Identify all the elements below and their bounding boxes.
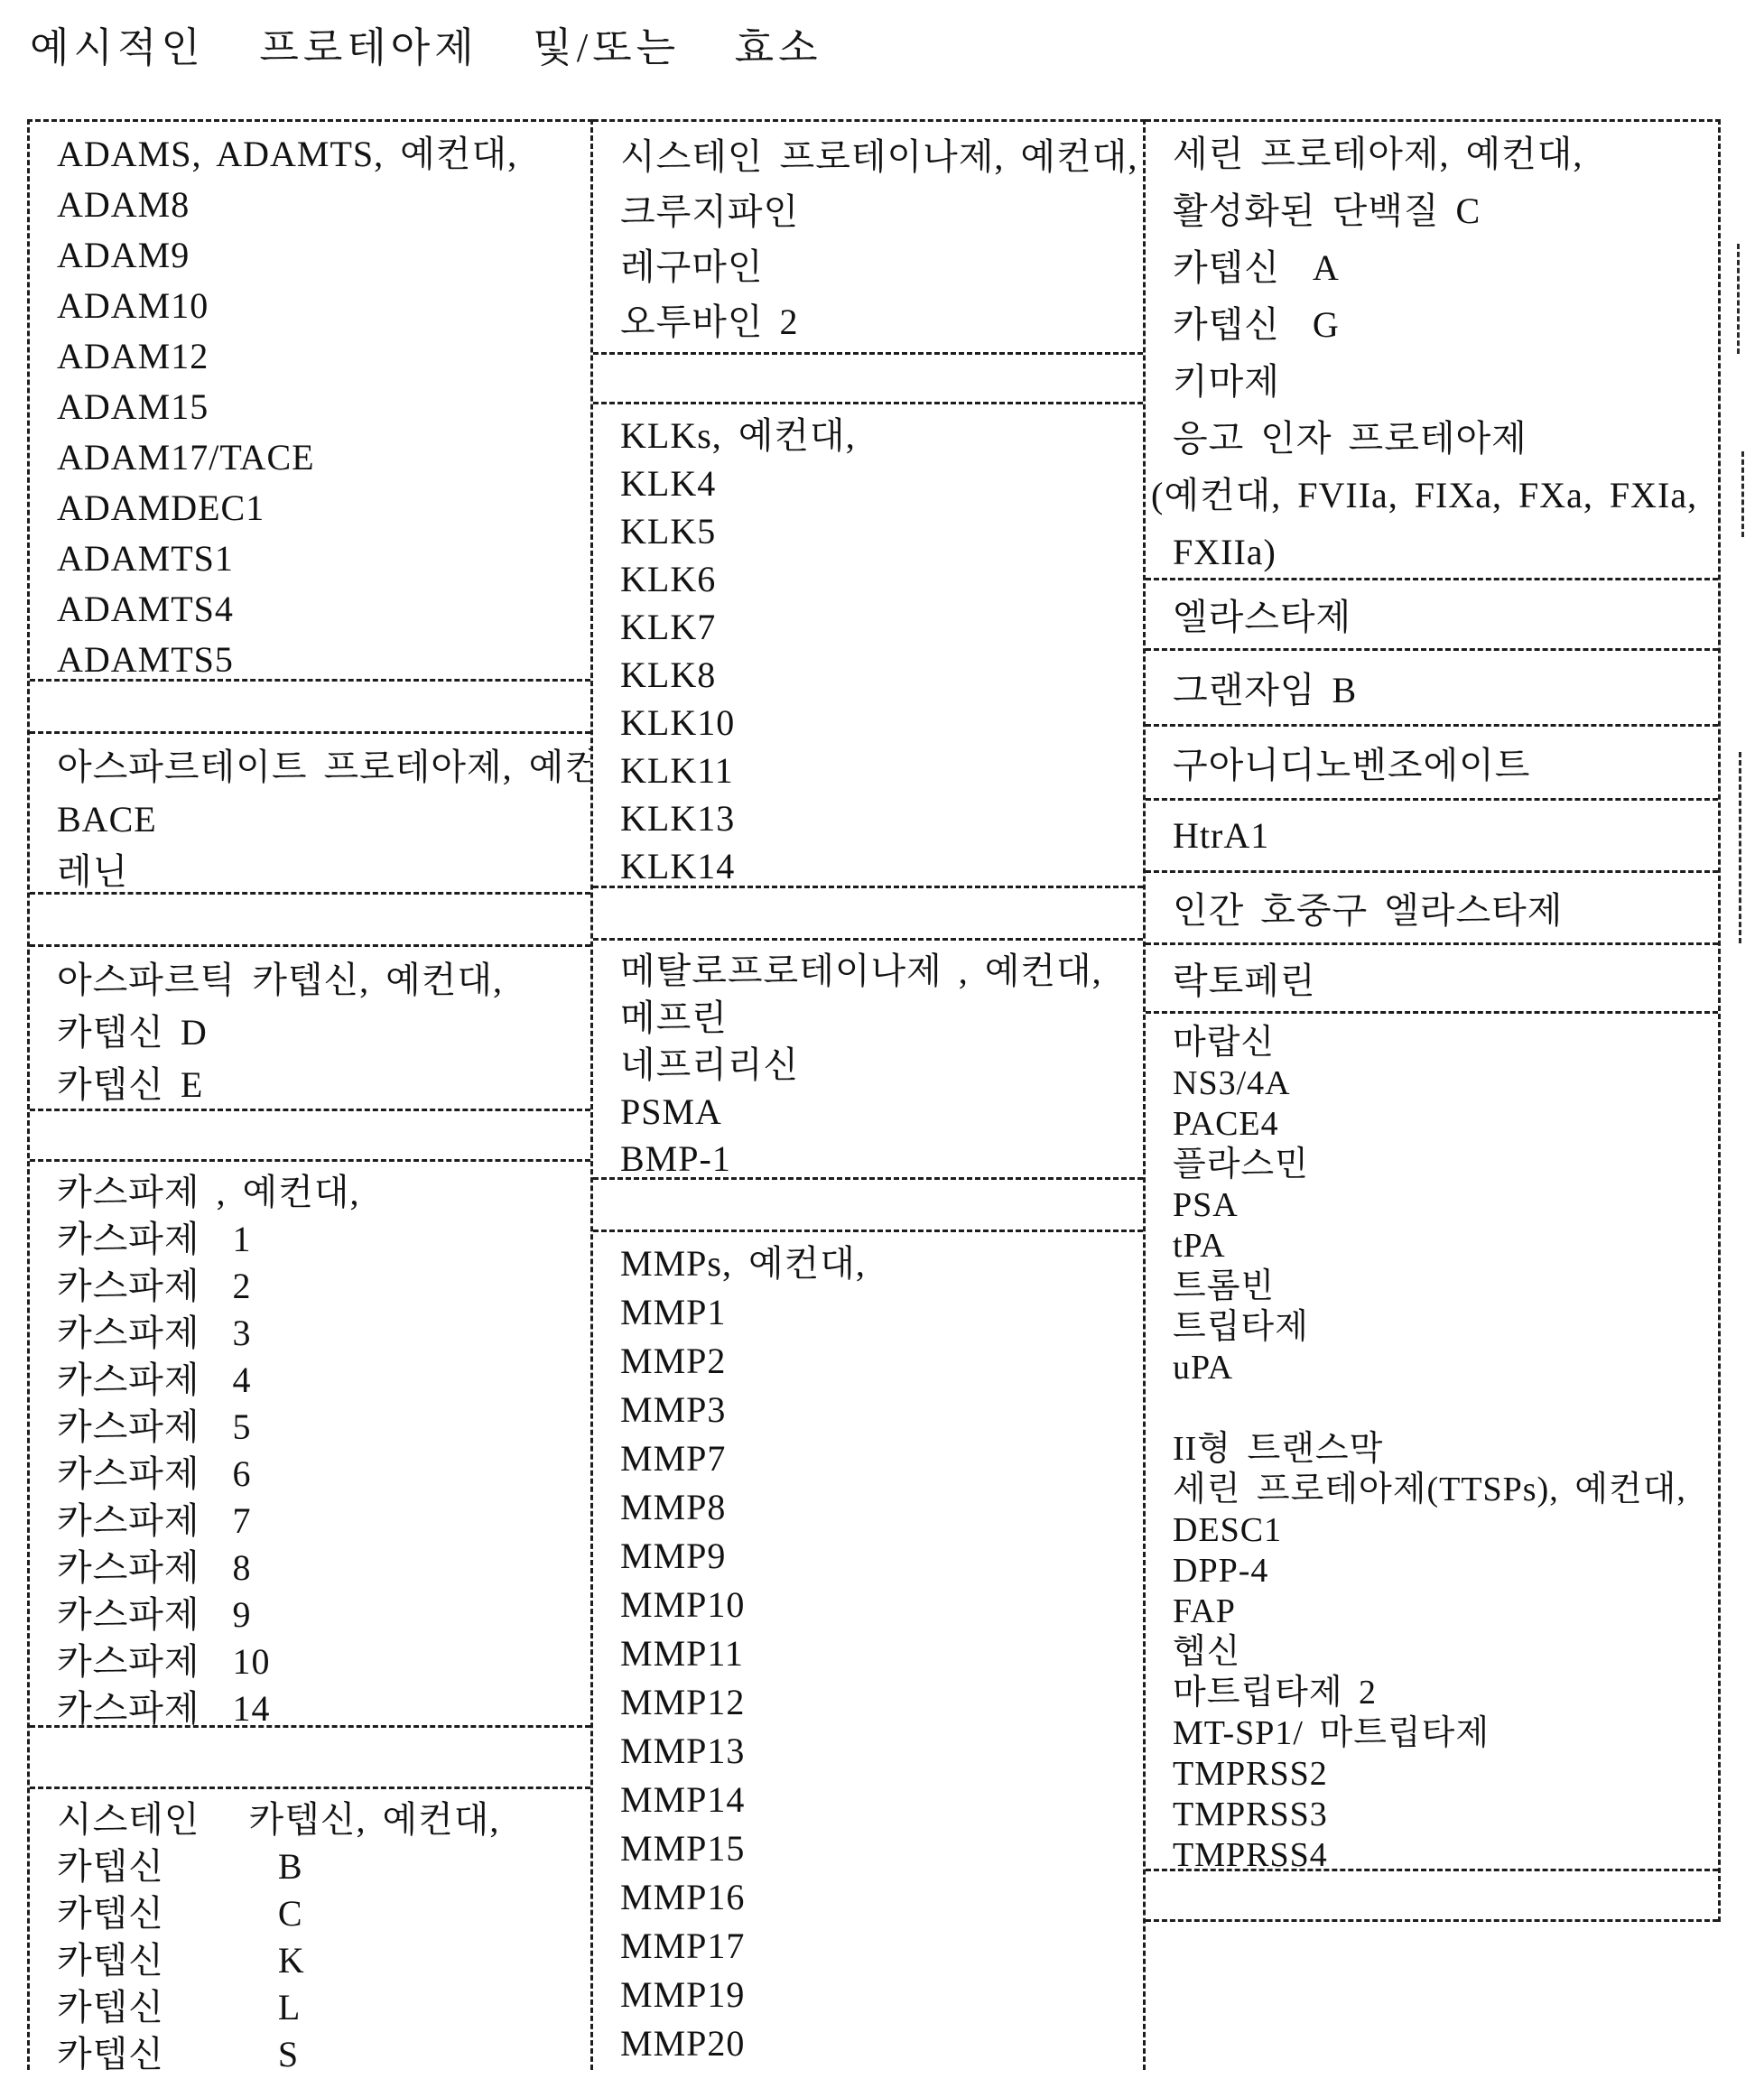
protease-entry: 메탈로프로테이나제 , 예컨대, — [620, 948, 1134, 995]
protease-entry: MT-SP1/ 마트립타제 — [1173, 1713, 1709, 1754]
protease-entry: 플라스민 — [1173, 1145, 1709, 1185]
protease-group-cell: 인간 호중구 엘라스타제 — [1146, 873, 1718, 945]
protease-entry: ADAMTS4 — [57, 584, 581, 635]
protease-entry: 카스파제 1 — [57, 1216, 581, 1263]
protease-entry: 아스파르틱 카텝신, 예컨대, — [57, 954, 581, 1007]
protease-entry: 키마제 — [1173, 353, 1709, 410]
protease-entry: KLK8 — [620, 651, 1134, 699]
protease-entry: 카텝신 B — [57, 1843, 581, 1890]
protease-group-cell: KLKs, 예컨대,KLK4KLK5KLK6KLK7KLK8KLK10KLK11… — [593, 404, 1143, 888]
protease-entry: MMP19 — [620, 1971, 1134, 2019]
protease-entry: KLK13 — [620, 794, 1134, 842]
protease-entry: 카스파제 6 — [57, 1451, 581, 1498]
protease-table: ADAMS, ADAMTS, 예컨대,ADAM8ADAM9ADAM10ADAM1… — [27, 119, 1721, 2070]
protease-entry: 네프리리신 — [620, 1042, 1134, 1089]
protease-entry: MMP7 — [620, 1434, 1134, 1483]
table-column-1: ADAMS, ADAMTS, 예컨대,ADAM8ADAM9ADAM10ADAM1… — [27, 119, 593, 2070]
protease-entry: 응고 인자 프로테아제 — [1173, 410, 1709, 467]
protease-group-cell: 카스파제 , 예컨대,카스파제 1카스파제 2카스파제 3카스파제 4카스파제 … — [30, 1162, 590, 1728]
protease-group-cell: 메탈로프로테이나제 , 예컨대,메프린네프리리신PSMABMP-1 — [593, 941, 1143, 1180]
protease-entry: 카스파제 14 — [57, 1685, 581, 1728]
protease-entry: ADAM9 — [57, 230, 581, 281]
protease-entry: ADAMTS1 — [57, 534, 581, 584]
protease-entry: 세린 프로테아제(TTSPs), 예컨대, — [1173, 1470, 1709, 1510]
protease-entry: 크루지파인 — [620, 184, 1134, 239]
protease-entry: NS3/4A — [1173, 1063, 1709, 1104]
protease-entry: 카스파제 8 — [57, 1545, 581, 1592]
protease-entry: MMP13 — [620, 1727, 1134, 1776]
protease-entry: 마트립타제 2 — [1173, 1673, 1709, 1713]
scan-artifact-line — [1741, 451, 1744, 537]
spacer-cell — [30, 682, 590, 734]
protease-group-cell: 구아니디노벤조에이트 — [1146, 727, 1718, 801]
protease-entry: MMP1 — [620, 1288, 1134, 1337]
protease-group-cell: 아스파르테이트 프로테아제, 예컨대,BACE레닌 — [30, 734, 590, 895]
protease-entry: MMP2 — [620, 1337, 1134, 1386]
protease-group-cell: 시스테인 카텝신, 예컨대,카텝신 B카텝신 C카텝신 K카텝신 L카텝신 S — [30, 1789, 590, 2070]
protease-entry: 카스파제 2 — [57, 1263, 581, 1310]
protease-entry: MMP14 — [620, 1776, 1134, 1824]
protease-entry: MMP17 — [620, 1922, 1134, 1971]
spacer-cell — [593, 355, 1143, 404]
protease-entry: KLK14 — [620, 842, 1134, 888]
scan-artifact-line — [1737, 244, 1740, 354]
protease-entry: KLK7 — [620, 603, 1134, 651]
protease-entry: 카텝신 G — [1173, 296, 1709, 353]
protease-entry: 구아니디노벤조에이트 — [1173, 737, 1530, 788]
protease-entry: 카스파제 , 예컨대, — [57, 1169, 581, 1216]
protease-entry: ADAMDEC1 — [57, 483, 581, 534]
protease-entry: MMP11 — [620, 1629, 1134, 1678]
protease-entry: KLK6 — [620, 555, 1134, 603]
protease-entry: KLKs, 예컨대, — [620, 412, 1134, 459]
protease-entry: 아스파르테이트 프로테아제, 예컨대, — [57, 741, 581, 793]
spacer-cell — [30, 1111, 590, 1162]
protease-group-cell: 시스테인 프로테이나제, 예컨대,크루지파인레구마인오투바인 2 — [593, 122, 1143, 355]
protease-entry: HtrA1 — [1173, 814, 1269, 857]
protease-group-cell: 락토페린 — [1146, 945, 1718, 1014]
protease-entry: 메프린 — [620, 995, 1134, 1042]
protease-entry: 카스파제 7 — [57, 1498, 581, 1545]
protease-entry: FAP — [1173, 1592, 1709, 1632]
protease-entry: KLK11 — [620, 747, 1134, 794]
document-page: 예시적인 프로테아제 및/또는 효소 ADAMS, ADAMTS, 예컨대,AD… — [0, 0, 1764, 2088]
protease-entry: PSA — [1173, 1185, 1709, 1226]
protease-entry: 시스테인 카텝신, 예컨대, — [57, 1796, 581, 1843]
protease-entry: 카텝신 S — [57, 2031, 581, 2070]
protease-entry: BMP-1 — [620, 1136, 1134, 1180]
protease-entry: DPP-4 — [1173, 1551, 1709, 1592]
protease-entry: ADAM10 — [57, 281, 581, 331]
protease-entry: MMP8 — [620, 1483, 1134, 1532]
protease-entry: 헵신 — [1173, 1632, 1709, 1673]
protease-group-cell: 엘라스타제 — [1146, 580, 1718, 651]
spacer-cell — [1146, 1871, 1718, 1922]
protease-entry: 카텝신 K — [57, 1937, 581, 1984]
protease-entry: tPA — [1173, 1226, 1709, 1267]
protease-entry: ADAM17/TACE — [57, 432, 581, 483]
protease-entry: PSMA — [620, 1089, 1134, 1136]
protease-group-cell: 마랍신NS3/4APACE4플라스민PSAtPA트롬빈트립타제uPA II형 트… — [1146, 1014, 1718, 1871]
protease-entry: uPA — [1173, 1348, 1709, 1388]
protease-entry: MMP9 — [620, 1532, 1134, 1581]
protease-entry: 카텝신 D — [57, 1007, 581, 1059]
protease-entry: 활성화된 단백질 C — [1173, 182, 1709, 239]
protease-entry: 트롬빈 — [1173, 1267, 1709, 1307]
protease-entry: ADAM12 — [57, 331, 581, 382]
protease-group-cell: HtrA1 — [1146, 801, 1718, 873]
protease-entry: 세린 프로테아제, 예컨대, — [1173, 125, 1709, 182]
protease-entry: 트립타제 — [1173, 1307, 1709, 1348]
protease-group-cell: 그랜자임 B — [1146, 651, 1718, 727]
protease-entry: FXIIa) — [1173, 524, 1709, 580]
protease-entry: 락토페린 — [1173, 952, 1316, 1004]
protease-entry: 레구마인 — [620, 239, 1134, 294]
spacer-cell — [593, 888, 1143, 941]
protease-entry: (예컨대, FVIIa, FIXa, FXa, FXIa, — [1151, 467, 1709, 524]
protease-entry: 오투바인 2 — [620, 294, 1134, 349]
protease-entry: 카스파제 10 — [57, 1638, 581, 1685]
protease-entry: 카스파제 9 — [57, 1592, 581, 1638]
protease-entry: 카스파제 4 — [57, 1357, 581, 1404]
spacer-cell — [30, 1728, 590, 1789]
protease-entry: MMP20 — [620, 2019, 1134, 2068]
protease-entry: MMP12 — [620, 1678, 1134, 1727]
protease-entry: 카스파제 5 — [57, 1404, 581, 1451]
page-title: 예시적인 프로테아제 및/또는 효소 — [30, 14, 822, 73]
protease-entry: 카스파제 3 — [57, 1310, 581, 1357]
protease-entry: PACE4 — [1173, 1104, 1709, 1145]
protease-entry: 카텝신 E — [57, 1059, 581, 1111]
spacer-cell — [593, 1180, 1143, 1232]
protease-group-cell: MMPs, 예컨대,MMP1MMP2MMP3MMP7MMP8MMP9MMP10M… — [593, 1232, 1143, 2070]
protease-entry: 카텝신 L — [57, 1984, 581, 2031]
protease-entry: ADAMTS5 — [57, 635, 581, 682]
protease-entry: DESC1 — [1173, 1510, 1709, 1551]
protease-entry: ADAM8 — [57, 180, 581, 230]
protease-entry: II형 트랜스막 — [1173, 1429, 1709, 1470]
protease-entry: TMPRSS3 — [1173, 1795, 1709, 1835]
spacer-cell — [30, 895, 590, 947]
protease-entry: MMPs, 예컨대, — [620, 1239, 1134, 1288]
protease-entry: 인간 호중구 엘라스타제 — [1173, 882, 1563, 933]
protease-entry: ADAM15 — [57, 382, 581, 432]
protease-entry: ADAMS, ADAMTS, 예컨대, — [57, 129, 581, 180]
protease-entry: BACE — [57, 793, 581, 846]
protease-entry: TMPRSS2 — [1173, 1754, 1709, 1795]
protease-entry: MMP16 — [620, 1873, 1134, 1922]
protease-entry: 카텝신 A — [1173, 239, 1709, 296]
protease-group-cell: ADAMS, ADAMTS, 예컨대,ADAM8ADAM9ADAM10ADAM1… — [30, 122, 590, 682]
protease-entry: 카텝신 C — [57, 1890, 581, 1937]
protease-group-cell: 아스파르틱 카텝신, 예컨대,카텝신 D카텝신 E — [30, 947, 590, 1111]
protease-entry: 그랜자임 B — [1173, 662, 1357, 713]
protease-entry: MMP15 — [620, 1824, 1134, 1873]
protease-entry: 시스테인 프로테이나제, 예컨대, — [620, 129, 1134, 184]
protease-entry: MMP10 — [620, 1581, 1134, 1629]
protease-entry: KLK4 — [620, 459, 1134, 507]
protease-entry — [1173, 1388, 1709, 1429]
table-column-2: 시스테인 프로테이나제, 예컨대,크루지파인레구마인오투바인 2KLKs, 예컨… — [593, 119, 1146, 2070]
protease-entry: MMP3 — [620, 1386, 1134, 1434]
protease-entry: 레닌 — [57, 846, 581, 895]
table-column-3: 세린 프로테아제, 예컨대,활성화된 단백질 C카텝신 A카텝신 G키마제응고 … — [1146, 119, 1721, 1922]
protease-entry: 엘라스타제 — [1173, 589, 1351, 640]
protease-group-cell: 세린 프로테아제, 예컨대,활성화된 단백질 C카텝신 A카텝신 G키마제응고 … — [1146, 122, 1718, 580]
protease-entry: KLK5 — [620, 507, 1134, 555]
protease-entry: TMPRSS4 — [1173, 1835, 1709, 1871]
protease-entry: KLK10 — [620, 699, 1134, 747]
protease-entry: 마랍신 — [1173, 1023, 1709, 1063]
scan-artifact-line — [1739, 752, 1741, 943]
